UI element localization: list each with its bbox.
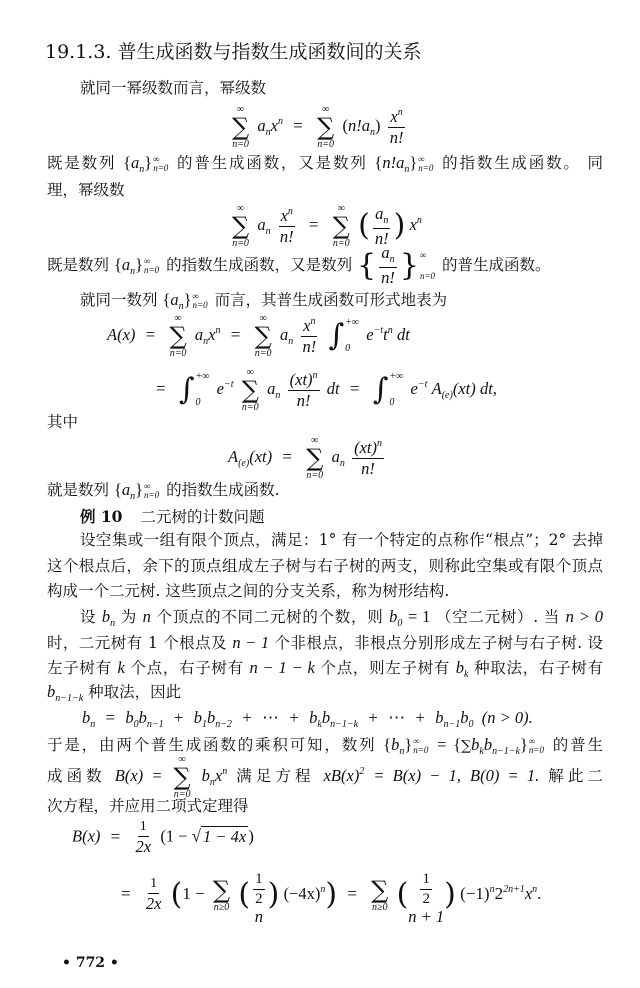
numerator: 1	[148, 877, 159, 894]
numerator: (xt)n	[352, 439, 384, 460]
left-brace: {	[383, 735, 391, 754]
lower-limit: n=0	[317, 139, 334, 150]
var-a: a	[257, 215, 265, 234]
numerator: 1	[138, 820, 149, 837]
denominator: n!	[300, 337, 318, 356]
summation: ∞∑n=0	[170, 313, 187, 359]
numerator: xn	[388, 108, 404, 129]
equals-sign: =	[309, 215, 319, 234]
function-B-of-x: B(x)	[72, 827, 100, 846]
binomial-coefficient: (12n + 1)	[397, 872, 456, 918]
right-brace: }	[404, 735, 412, 754]
equals-sign: =	[156, 379, 166, 398]
paragraph-line: 设 bn 为 n 个顶点的不同二元树的个数，则 b0 = 1 （空二元树）. 当…	[80, 607, 603, 634]
equation-power-series-identity: ∞∑n=0 anxn = ∞∑n=0 (n!an) xnn!	[228, 104, 408, 150]
fraction: ann!	[379, 245, 397, 287]
superscript: n	[417, 215, 422, 226]
sigma-symbol: ∑	[317, 115, 334, 139]
numerator: xn	[301, 317, 317, 338]
subscript: 0	[397, 618, 402, 629]
numerator: an	[379, 245, 396, 268]
section-title: 19.1.3. 普生成函数与指数生成函数间的关系	[45, 41, 422, 63]
paragraph-line: 既是数列 {an}∞n=0 的普生成函数，又是数列 {n!an}∞n=0 的指数…	[47, 153, 603, 180]
var-b: b	[456, 658, 464, 677]
initial-condition: B(0) = 1.	[470, 766, 539, 785]
sigma-symbol: ∑	[232, 214, 249, 238]
sequence-notation: {an}∞n=0	[114, 481, 161, 499]
numerator: 1	[420, 872, 432, 890]
paragraph-line: 其中	[47, 412, 78, 432]
equals-sign: =	[231, 325, 241, 344]
limits: ∞n=0	[418, 155, 433, 173]
superscript: n	[313, 370, 318, 381]
math-expression: (−1)	[460, 884, 489, 903]
var-a: a	[362, 116, 370, 135]
text-segment: 个非根点，非根点分别形成左子树与右子树. 设	[274, 634, 603, 652]
var-b: b	[207, 708, 215, 727]
function-B-of-x: B(x) =	[115, 766, 163, 785]
numerator: (xt)n	[288, 371, 320, 392]
math-expression: n − 1 − k	[249, 658, 314, 677]
sequence-notation: {ann!}∞n=0	[357, 245, 437, 287]
paragraph-line: 就同一幂级数而言，幂级数	[80, 78, 266, 98]
xt-term: (xt)	[249, 447, 272, 466]
left-brace: {	[114, 255, 122, 274]
integral-symbol: ∫	[179, 373, 195, 407]
lower-limit: n=0	[144, 491, 159, 500]
math-expression: (1 −	[160, 827, 191, 846]
subscript: n	[390, 254, 395, 265]
superscript: 2n+1	[503, 884, 525, 895]
denominator: n!	[379, 268, 397, 287]
math-expression: = 1	[408, 607, 430, 626]
equation-catalan-binomial-expansion: = 12x (1 − ∑n≥0 (12n) (−4x)n) = ∑n≥0 (12…	[115, 872, 541, 918]
big-right-paren: )	[268, 880, 280, 910]
right-paren: )	[248, 827, 254, 846]
denominator: 2x	[144, 894, 164, 913]
upper-limit: +∞	[389, 372, 403, 382]
integral: ∫+∞0	[179, 372, 210, 408]
upper-limit: +∞	[345, 318, 359, 328]
lower-limit: n=0	[193, 301, 208, 310]
sigma-symbol: ∑	[232, 115, 249, 139]
summation: ∞∑n=0	[242, 367, 259, 413]
var-e: e	[217, 379, 224, 398]
paragraph-line: 左子树有 k 个点，右子树有 n − 1 − k 个点，则左子树有 bk 种取法…	[47, 658, 603, 685]
lower-limit: n=0	[413, 746, 428, 755]
plus-sign: +	[415, 708, 425, 727]
fraction: xnn!	[278, 207, 296, 246]
radicand: 1 − 4x	[201, 826, 248, 846]
limits: ∞n=0	[144, 257, 159, 275]
sigma-symbol: ∑	[333, 214, 350, 238]
superscript: n	[215, 325, 220, 336]
subscript: n	[275, 390, 280, 401]
var-a: a	[170, 290, 178, 309]
period: .	[537, 884, 541, 903]
paragraph-line: 次方程，并应用二项式定理得	[47, 796, 249, 816]
math-expression: 1 −	[182, 884, 209, 903]
subscript: (e)	[442, 390, 453, 401]
example-label: 例 10	[80, 507, 122, 526]
text-segment: 个点，则左子树有	[321, 659, 451, 677]
superscript: n	[398, 107, 403, 118]
left-brace: {	[123, 153, 131, 172]
text-segment: 时，二元树有 1 个根点及	[47, 634, 227, 652]
var-a: a	[195, 325, 203, 344]
sequence-notation: {n!an}∞n=0	[374, 154, 435, 172]
integral-limits: +∞0	[389, 372, 403, 408]
integral-symbol: ∫	[373, 373, 389, 407]
equals-sign: =	[437, 735, 446, 754]
plus-sign: +	[242, 708, 252, 727]
superscript: −t	[374, 325, 384, 336]
math-expression: = B(x) − 1,	[373, 766, 461, 785]
var-b: b	[102, 607, 110, 626]
sequence-notation: {∑bkbn−1−k}∞n=0	[453, 736, 546, 754]
text-segment: 成函数	[47, 767, 106, 785]
numerator: an	[373, 205, 390, 229]
lower-limit: n=0	[420, 272, 435, 281]
lower-limit: n=0	[144, 266, 159, 275]
equals-sign: =	[146, 325, 156, 344]
var-b: b	[47, 682, 55, 701]
lower-limit: n=0	[529, 746, 544, 755]
text-segment: 就同一数列	[80, 291, 158, 309]
text-segment: 的普生成函数，又是数列	[177, 154, 368, 172]
text-segment: 的指数生成函数.	[166, 481, 279, 499]
right-paren: )	[375, 116, 381, 135]
subscript: n	[90, 719, 95, 730]
subscript: n−2	[215, 719, 232, 730]
paragraph-line: 构成一个二元树. 这些顶点之间的分支关系，称为树形结构.	[47, 581, 449, 601]
paragraph-line: 理，幂级数	[47, 180, 125, 200]
paragraph-line: bn−1−k 种取法，因此	[47, 682, 181, 709]
right-brace: }	[184, 290, 192, 309]
example-title: 二元树的计数问题	[140, 508, 264, 526]
big-left-paren: (	[238, 880, 250, 910]
fraction: ann!	[373, 205, 391, 248]
denominator: 2	[420, 890, 432, 907]
big-right-brace: }	[400, 251, 419, 281]
text-segment: 的指数生成函数。 同	[442, 154, 603, 172]
text-segment: 种取法，右子树有	[474, 659, 603, 677]
limits: ∞n=0	[144, 482, 159, 500]
sequence-notation: {bn}∞n=0	[383, 736, 430, 754]
binomial-stack: 12n	[250, 872, 268, 918]
limits: ∞n=0	[420, 251, 435, 281]
denominator: n!	[388, 128, 406, 147]
plus-sign: +	[289, 708, 299, 727]
equals-sign: =	[293, 116, 303, 135]
right-brace: }	[135, 255, 143, 274]
paragraph-line: 就是数列 {an}∞n=0 的指数生成函数.	[47, 480, 280, 507]
math-expression: xB(x)	[324, 766, 360, 785]
summation: ∞∑n=0	[174, 754, 191, 800]
n-factorial-a: n!a	[382, 153, 404, 172]
left-brace: {	[453, 735, 461, 754]
text-segment: 为	[121, 608, 137, 626]
text-segment: 个顶点的不同二元树的个数，则	[157, 608, 384, 626]
limits: ∞n=0	[193, 292, 208, 310]
book-page: 19.1.3. 普生成函数与指数生成函数间的关系 就同一幂级数而言，幂级数 ∞∑…	[0, 0, 640, 988]
var-a: a	[381, 243, 389, 262]
plus-sign: +	[174, 708, 184, 727]
superscript: n	[278, 116, 283, 127]
subscript: k	[464, 669, 468, 680]
text-segment: 设	[80, 608, 96, 626]
superscript: 2	[359, 766, 364, 777]
equation-generating-function-integral-line1: A(x) = ∞∑n=0 anxn = ∞∑n=0 an xnn! ∫+∞0 e…	[107, 313, 410, 359]
var-e: e	[411, 379, 418, 398]
limits: ∞n=0	[413, 737, 428, 755]
xt-term: (xt)	[290, 370, 313, 389]
superscript: −t	[224, 379, 234, 390]
sequence-notation: {an}∞n=0	[114, 256, 161, 274]
lower-limit: 0	[345, 344, 359, 354]
text-segment: 个点，右子树有	[130, 659, 243, 677]
text-segment: 的指数生成函数，又是数列	[166, 256, 352, 274]
var-a: a	[332, 447, 340, 466]
sigma-symbol: ∑	[255, 324, 272, 348]
lower-limit: 0	[389, 398, 403, 408]
summation: ∞∑n=0	[306, 435, 323, 481]
right-brace: }	[144, 153, 152, 172]
page-number: • 772 •	[62, 953, 119, 973]
plus-sign: +	[368, 708, 378, 727]
text-segment: 满足方程	[236, 767, 314, 785]
subscript: n−1−k	[330, 719, 358, 730]
subscript: 0	[468, 719, 473, 730]
lower-limit: n=0	[306, 470, 323, 481]
lower-limit: n≥0	[372, 902, 388, 913]
equals-sign: =	[106, 708, 116, 727]
limits: ∞n=0	[153, 155, 168, 173]
example-heading: 例 10二元树的计数问题	[80, 507, 264, 527]
equals-sign: =	[111, 827, 121, 846]
var-b: b	[322, 708, 330, 727]
superscript: n	[288, 206, 293, 217]
subscript: n	[340, 458, 345, 469]
subscript: n−1−k	[55, 693, 83, 704]
sequence-notation: {an}∞n=0	[162, 291, 209, 309]
function-A: A	[432, 379, 442, 398]
text-segment: 既是数列	[47, 256, 109, 274]
equals-sign: =	[121, 884, 131, 903]
lower-limit: n=0	[242, 402, 259, 413]
equation-catalan-closed-form: B(x) = 12x (1 − √1 − 4x)	[72, 820, 254, 856]
text-segment: 于是，由两个普生成函数的乘积可知，数列	[47, 736, 376, 754]
denominator: n!	[359, 459, 377, 478]
superscript: n	[388, 325, 393, 336]
xt-term: (xt)	[453, 379, 476, 398]
var-b: b	[82, 708, 90, 727]
big-left-paren: (	[358, 208, 370, 243]
var-b: b	[484, 735, 492, 754]
text-segment: 解此二	[548, 767, 603, 785]
integral-symbol: ∫	[328, 319, 344, 353]
big-left-paren: (	[397, 880, 409, 910]
math-expression: (−4x)	[284, 884, 321, 903]
equation-generating-function-integral-line2: = ∫+∞0 e−t ∞∑n=0 an (xt)nn! dt = ∫+∞0 e−…	[150, 367, 497, 413]
sequence-notation: {an}∞n=0	[123, 154, 170, 172]
summation: ∑n≥0	[213, 878, 230, 913]
text-segment: 种取法，因此	[88, 683, 181, 701]
subscript: n	[288, 336, 293, 347]
text-segment: 就是数列	[47, 481, 109, 499]
denominator: 2	[253, 890, 265, 907]
sigma-symbol: ∑	[213, 878, 230, 902]
var-x: x	[390, 107, 397, 126]
var-a: a	[122, 255, 130, 274]
fraction: 12x	[144, 877, 164, 913]
ellipsis: ⋯	[388, 708, 405, 727]
integral-limits: +∞0	[345, 318, 359, 354]
math-expression: 2	[495, 884, 504, 903]
superscript: n	[222, 766, 227, 777]
text-segment: （空二元树）. 当	[436, 608, 560, 626]
xt-term: (xt)	[354, 438, 377, 457]
lower-limit: n=0	[333, 238, 350, 249]
fraction: 12	[420, 872, 432, 907]
big-left-paren: (	[171, 877, 183, 912]
sigma-symbol: ∑	[306, 446, 323, 470]
subscript: n−1−k	[492, 746, 520, 757]
big-right-paren: )	[394, 208, 406, 243]
right-brace: }	[409, 153, 417, 172]
square-root-icon: √	[192, 827, 201, 846]
sigma-symbol: ∑	[461, 738, 471, 754]
var-e: e	[366, 325, 373, 344]
lower-limit: n=0	[170, 348, 187, 359]
math-expression: n − 1	[232, 633, 269, 652]
paragraph-line: 设空集或一组有限个顶点，满足：1° 有一个特定的点称作“根点”；2° 去掉	[80, 530, 603, 550]
fraction: (xt)nn!	[352, 439, 384, 478]
upper-limit: ∞	[420, 251, 435, 260]
summation: ∞∑n=0	[317, 104, 334, 150]
lower-limit: n=0	[255, 348, 272, 359]
condition: (n > 0).	[482, 708, 533, 727]
numerator: xn	[279, 207, 295, 228]
binomial-stack: 12n + 1	[408, 872, 444, 918]
differential-dt: dt,	[480, 379, 497, 398]
function-A-of-x: A(x)	[107, 325, 135, 344]
paragraph-line: 时，二元树有 1 个根点及 n − 1 个非根点，非根点分别形成左子树与右子树.…	[47, 633, 603, 653]
function-A: A	[228, 447, 238, 466]
fraction: (xt)nn!	[288, 371, 320, 410]
integral: ∫+∞0	[328, 318, 359, 354]
integral-limits: +∞0	[195, 372, 209, 408]
left-brace: {	[114, 480, 122, 499]
equation-exponential-generating-function: A(e)(xt) = ∞∑n=0 an (xt)nn!	[228, 435, 387, 481]
text-segment: 的普生成函数。	[442, 256, 551, 274]
differential-dt: dt	[397, 325, 410, 344]
right-brace: }	[520, 735, 528, 754]
subscript: n	[110, 618, 115, 629]
superscript: −t	[418, 379, 428, 390]
lower-limit: 0	[195, 398, 209, 408]
denominator: n!	[278, 227, 296, 246]
subscript: n−1	[443, 719, 460, 730]
upper-limit: +∞	[195, 372, 209, 382]
summation: ∞∑n=0	[333, 203, 350, 249]
binomial-bottom: n + 1	[408, 907, 444, 927]
summation: ∞∑n=0	[232, 104, 249, 150]
differential-dt: dt	[327, 379, 340, 398]
fraction: xnn!	[388, 108, 406, 147]
big-left-brace: {	[357, 251, 376, 281]
text-segment: 而言，其普生成函数可形式地表为	[215, 291, 448, 309]
lower-limit: n=0	[418, 164, 433, 173]
fraction: 12	[253, 872, 265, 907]
var-n: n	[143, 607, 151, 626]
text-segment: 的普生	[553, 736, 603, 754]
ellipsis: ⋯	[262, 708, 279, 727]
subscript: n	[266, 226, 271, 237]
var-k: k	[117, 658, 124, 677]
var-x: x	[271, 116, 278, 135]
big-right-paren: )	[444, 880, 456, 910]
superscript: n	[377, 438, 382, 449]
var-a: a	[280, 325, 288, 344]
equation-binary-tree-recurrence: bn = b0bn−1 + b1bn−2 + ⋯ + bkbn−1−k + ⋯ …	[82, 708, 537, 735]
right-brace: }	[135, 480, 143, 499]
var-a: a	[122, 480, 130, 499]
lower-limit: n=0	[232, 238, 249, 249]
var-a: a	[257, 116, 265, 135]
binomial-coefficient: (12n)	[238, 872, 279, 918]
var-b: b	[139, 708, 147, 727]
sigma-symbol: ∑	[170, 324, 187, 348]
limits: ∞n=0	[529, 737, 544, 755]
equals-sign: =	[282, 447, 292, 466]
sigma-symbol: ∑	[371, 878, 388, 902]
binomial-bottom: n	[255, 907, 263, 927]
text-segment: 既是数列	[47, 154, 116, 172]
summation: ∞∑n=0	[232, 203, 249, 249]
fraction: xnn!	[300, 317, 318, 356]
lower-limit: n=0	[232, 139, 249, 150]
paragraph-line: 这个根点后，余下的顶点组成左子树与右子树的两支，则称此空集或有限个顶点	[47, 556, 603, 576]
summation: ∞∑n=0	[255, 313, 272, 359]
equals-sign: =	[347, 884, 357, 903]
sigma-symbol: ∑	[174, 765, 191, 789]
fraction: 12x	[134, 820, 154, 856]
sigma-symbol: ∑	[242, 378, 259, 402]
lower-limit: n≥0	[214, 902, 230, 913]
var-b: b	[125, 708, 133, 727]
lower-limit: n=0	[153, 164, 168, 173]
equation-exponential-series-identity: ∞∑n=0 an xnn! = ∞∑n=0 (ann!) xn	[228, 203, 422, 249]
denominator: n!	[295, 391, 313, 410]
subscript: n	[383, 215, 388, 226]
paragraph-line: 既是数列 {an}∞n=0 的指数生成函数，又是数列 {ann!}∞n=0 的普…	[47, 255, 550, 282]
paragraph-line: 于是，由两个普生成函数的乘积可知，数列 {bn}∞n=0 = {∑bkbn−1−…	[47, 735, 603, 762]
subscript: n−1	[147, 719, 164, 730]
math-expression: n > 0	[566, 607, 603, 626]
paragraph-line: 成函数 B(x) = ∞∑n=0 bnxn 满足方程 xB(x)2 = B(x)…	[47, 762, 603, 793]
summation: ∑n≥0	[371, 878, 388, 913]
var-b: b	[194, 708, 202, 727]
text-segment: 左子树有	[47, 659, 112, 677]
var-b: b	[202, 766, 210, 785]
subscript: (e)	[238, 458, 249, 469]
equals-sign: =	[350, 379, 360, 398]
superscript: n	[310, 316, 315, 327]
big-right-paren: )	[325, 877, 337, 912]
denominator: 2x	[134, 837, 154, 856]
integral: ∫+∞0	[373, 372, 404, 408]
